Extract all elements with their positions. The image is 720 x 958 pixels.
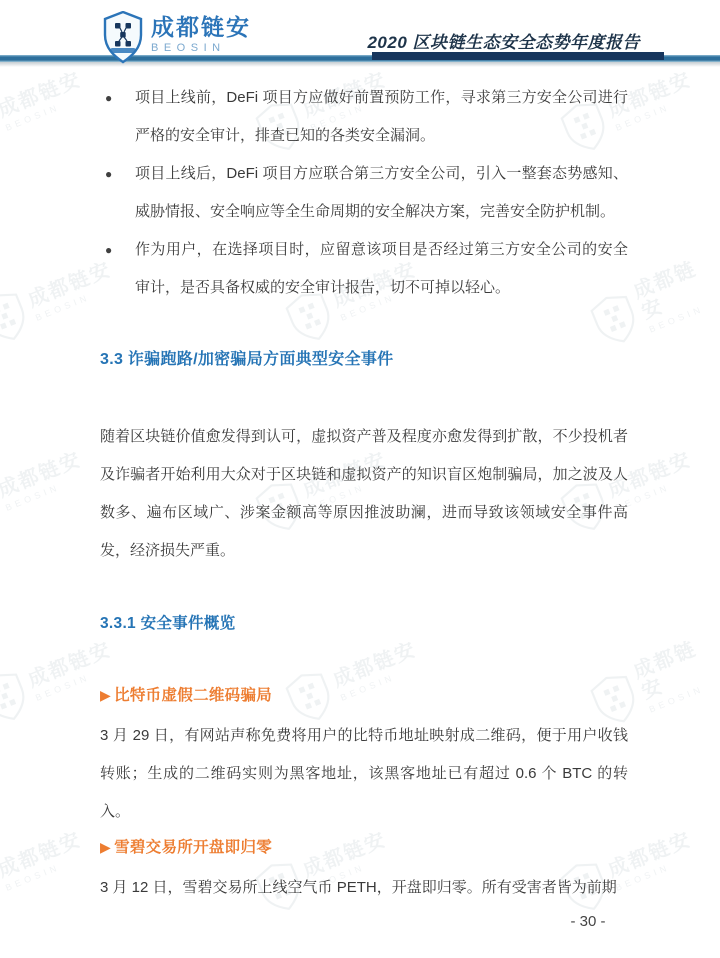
section-3-3-intro-paragraph: 随着区块链价值愈发得到认可，虚拟资产普及程度亦愈发得到扩散，不少投机者及诈骗者开… bbox=[100, 418, 628, 570]
event-title: 比特币虚假二维码骗局 bbox=[114, 687, 272, 704]
list-item: ● 项目上线后，DeFi 项目方应联合第三方安全公司，引入一整套态势感知、威胁情… bbox=[100, 155, 628, 231]
watermark-text: 成都链安 BEOSIN bbox=[0, 448, 90, 513]
event-body-btc-qrcode: 3 月 29 日，有网站声称免费将用户的比特币地址映射成二维码，便于用户收钱转账… bbox=[100, 717, 628, 831]
watermark: 成都链安 BEOSIN bbox=[0, 631, 122, 729]
watermark-text-cn: 成都链安 bbox=[0, 828, 85, 881]
watermark-text: 成都链安 BEOSIN bbox=[0, 68, 90, 133]
watermark-text: 成都链安 BEOSIN bbox=[0, 828, 90, 893]
watermark: 成都链安 BEOSIN bbox=[0, 441, 92, 539]
shield-watermark-icon bbox=[0, 666, 35, 729]
watermark-text-cn: 成都链安 bbox=[0, 448, 85, 501]
document-header-title: 2020 区块链生态安全态势年度报告 bbox=[362, 28, 640, 53]
bullet-text: 作为用户，在选择项目时，应留意该项目是否经过第三方安全公司的安全审计，是否具备权… bbox=[135, 241, 628, 296]
bullet-text: 项目上线后，DeFi 项目方应联合第三方安全公司，引入一整套态势感知、威胁情报、… bbox=[135, 165, 628, 220]
bullet-icon: ● bbox=[105, 231, 140, 269]
header-divider-dark-segment bbox=[372, 52, 664, 60]
section-3-3-heading: 3.3 诈骗跑路/加密骗局方面典型安全事件 bbox=[100, 346, 628, 369]
bullet-text: 项目上线前，DeFi 项目方应做好前置预防工作，寻求第三方安全公司进行严格的安全… bbox=[135, 89, 628, 144]
watermark: 成都链安 BEOSIN bbox=[0, 821, 92, 919]
logo-text: 成都链安 BEOSIN bbox=[151, 11, 251, 55]
event-title: 雪碧交易所开盘即归零 bbox=[114, 839, 272, 856]
list-item: ● 作为用户，在选择项目时，应留意该项目是否经过第三方安全公司的安全审计，是否具… bbox=[100, 231, 628, 307]
watermark-text-en: BEOSIN bbox=[648, 295, 720, 335]
beosin-logo: 成都链安 BEOSIN bbox=[102, 11, 251, 65]
watermark-text-cn: 成都链安 bbox=[630, 253, 720, 324]
event-heading-btc-qrcode: ▶比特币虚假二维码骗局 bbox=[100, 683, 628, 705]
list-item: ● 项目上线前，DeFi 项目方应做好前置预防工作，寻求第三方安全公司进行严格的… bbox=[100, 79, 628, 155]
event-heading-sprite-exchange: ▶雪碧交易所开盘即归零 bbox=[100, 835, 628, 857]
logo-name-cn: 成都链安 bbox=[151, 14, 251, 40]
bullet-icon: ● bbox=[105, 79, 140, 117]
watermark: 成都链安 BEOSIN bbox=[281, 631, 428, 729]
defi-advice-bullet-list: ● 项目上线前，DeFi 项目方应做好前置预防工作，寻求第三方安全公司进行严格的… bbox=[100, 79, 628, 307]
section-3-3-1-heading: 3.3.1 安全事件概览 bbox=[100, 611, 628, 633]
page-number: - 30 - bbox=[538, 913, 638, 930]
shield-watermark-icon bbox=[0, 856, 5, 919]
report-page: 成都链安 BEOSIN 成都链安 BEOSIN bbox=[0, 0, 720, 958]
watermark-text-cn: 成都链安 bbox=[630, 633, 720, 704]
watermark-text-en: BEOSIN bbox=[4, 850, 90, 893]
logo-name-en: BEOSIN bbox=[151, 42, 251, 55]
shield-watermark-icon bbox=[0, 286, 35, 349]
shield-logo-icon bbox=[102, 11, 144, 65]
watermark-text-en: BEOSIN bbox=[4, 470, 90, 513]
watermark-text-en: BEOSIN bbox=[648, 675, 720, 715]
watermark-text: 成都链安 BEOSIN bbox=[630, 633, 720, 716]
event-body-sprite-exchange: 3 月 12 日，雪碧交易所上线空气币 PETH，开盘即归零。所有受害者皆为前期 bbox=[100, 869, 628, 907]
triangle-bullet-icon: ▶ bbox=[100, 839, 111, 855]
shield-watermark-icon bbox=[0, 476, 5, 539]
bullet-icon: ● bbox=[105, 155, 140, 193]
watermark-text-en: BEOSIN bbox=[4, 90, 90, 133]
shield-watermark-icon bbox=[0, 96, 5, 159]
triangle-bullet-icon: ▶ bbox=[100, 687, 111, 703]
watermark: 成都链安 BEOSIN bbox=[0, 61, 92, 159]
watermark-text: 成都链安 BEOSIN bbox=[630, 253, 720, 336]
watermark-text-cn: 成都链安 bbox=[0, 68, 85, 121]
